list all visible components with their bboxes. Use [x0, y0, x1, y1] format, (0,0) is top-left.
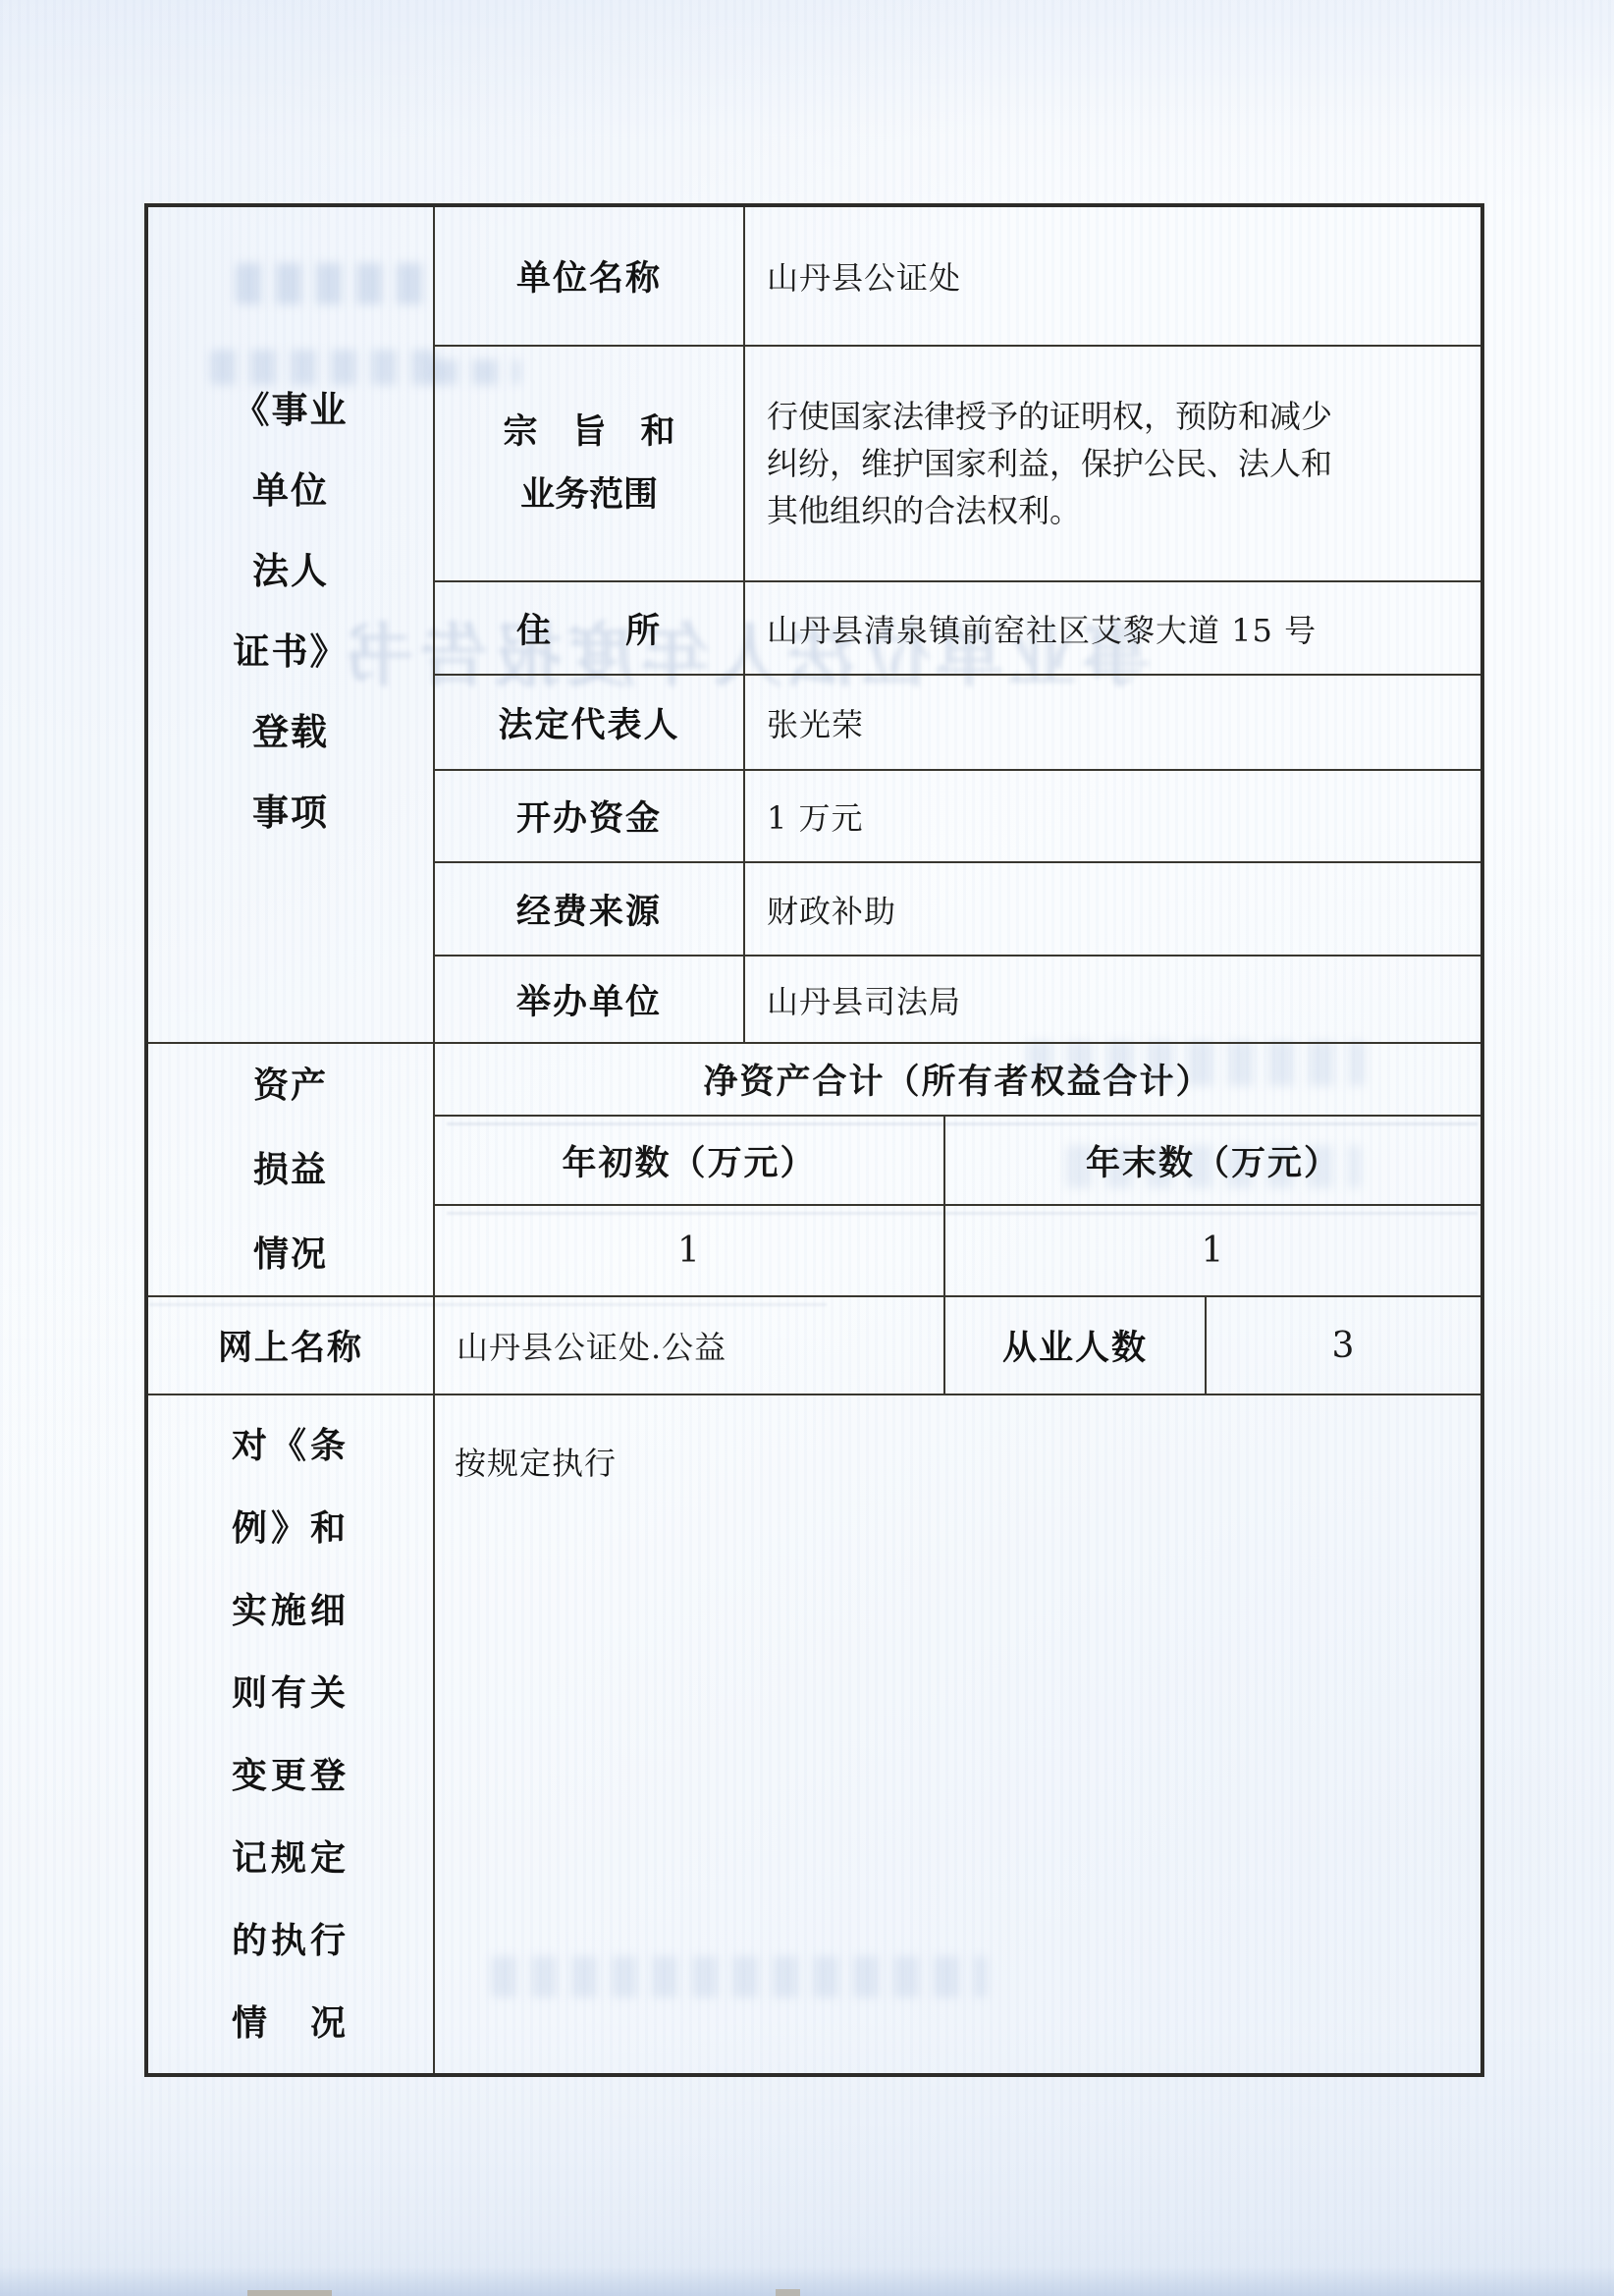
- header-line: 情况: [253, 1212, 328, 1296]
- scan-edge-mark: [247, 2290, 332, 2296]
- label-line: 宗 旨 和: [503, 401, 674, 464]
- assets-section-header: 资产 损益 情况: [148, 1044, 435, 1297]
- startup-capital-label: 开办资金: [435, 771, 745, 863]
- year-end-column-header: 年末数（万元）: [945, 1117, 1480, 1206]
- staff-count-label: 从业人数: [945, 1297, 1207, 1395]
- header-line: 变更登: [232, 1734, 350, 1817]
- header-line: 资产: [253, 1043, 328, 1127]
- header-line: 对《条: [232, 1404, 350, 1487]
- header-line: 证书》: [234, 611, 349, 691]
- online-name-label: 网上名称: [148, 1297, 435, 1395]
- unit-name-label: 单位名称: [435, 207, 745, 347]
- staff-count-value: 3: [1207, 1297, 1480, 1395]
- value-line: 其他组织的合法权利。: [767, 487, 1081, 534]
- header-line: 情 况: [232, 1982, 350, 2064]
- year-end-value: 1: [945, 1206, 1480, 1297]
- header-line: 登载: [252, 691, 329, 772]
- address-value: 山丹县清泉镇前窑社区艾黎大道 15 号: [745, 582, 1480, 676]
- header-line: 单位: [252, 450, 329, 530]
- compliance-value-text: 按规定执行: [435, 1395, 617, 1484]
- label-line: 业务范围: [520, 464, 658, 526]
- header-line: 实施细: [232, 1569, 350, 1652]
- year-begin-value: 1: [435, 1206, 945, 1297]
- net-assets-title: 净资产合计（所有者权益合计）: [435, 1044, 1480, 1117]
- header-line: 例》和: [232, 1487, 350, 1569]
- scan-bottom-shadow: [0, 2267, 1614, 2296]
- funding-source-value: 财政补助: [745, 863, 1480, 957]
- purpose-scope-label: 宗 旨 和 业务范围: [435, 347, 745, 582]
- header-line: 记规定: [232, 1817, 350, 1899]
- scan-edge-mark: [776, 2289, 800, 2296]
- certificate-items-section-header: 《事业 单位 法人 证书》 登载 事项: [148, 207, 435, 1044]
- annual-report-table: 《事业 单位 法人 证书》 登载 事项 单位名称 山丹县公证处 宗 旨 和 业务…: [144, 203, 1484, 2077]
- compliance-value: 按规定执行: [435, 1395, 1480, 2073]
- header-line: 事项: [252, 772, 329, 852]
- purpose-scope-value: 行使国家法律授予的证明权，预防和减少 纠纷，维护国家利益，保护公民、法人和 其他…: [745, 347, 1480, 582]
- sponsor-unit-label: 举办单位: [435, 957, 745, 1044]
- startup-capital-value: 1 万元: [745, 771, 1480, 863]
- header-line: 《事业: [234, 369, 349, 450]
- unit-name-value: 山丹县公证处: [745, 207, 1480, 347]
- legal-representative-value: 张光荣: [745, 676, 1480, 771]
- sponsor-unit-value: 山丹县司法局: [745, 957, 1480, 1044]
- header-line: 则有关: [232, 1652, 350, 1734]
- address-label: 住 所: [435, 582, 745, 676]
- online-name-value: 山丹县公证处.公益: [435, 1297, 945, 1395]
- year-begin-column-header: 年初数（万元）: [435, 1117, 945, 1206]
- funding-source-label: 经费来源: [435, 863, 745, 957]
- header-line: 损益: [253, 1127, 328, 1212]
- compliance-section-header: 对《条 例》和 实施细 则有关 变更登 记规定 的执行 情 况: [148, 1395, 435, 2073]
- header-line: 法人: [252, 530, 329, 611]
- header-line: 的执行: [232, 1899, 350, 1982]
- legal-representative-label: 法定代表人: [435, 676, 745, 771]
- scanned-report-page: 事业单位法人年度报告书 《事业 单位 法人 证书》 登载 事项 单位名称 山丹县…: [0, 0, 1614, 2296]
- value-line: 纠纷，维护国家利益，保护公民、法人和: [767, 440, 1332, 487]
- value-line: 行使国家法律授予的证明权，预防和减少: [767, 393, 1332, 440]
